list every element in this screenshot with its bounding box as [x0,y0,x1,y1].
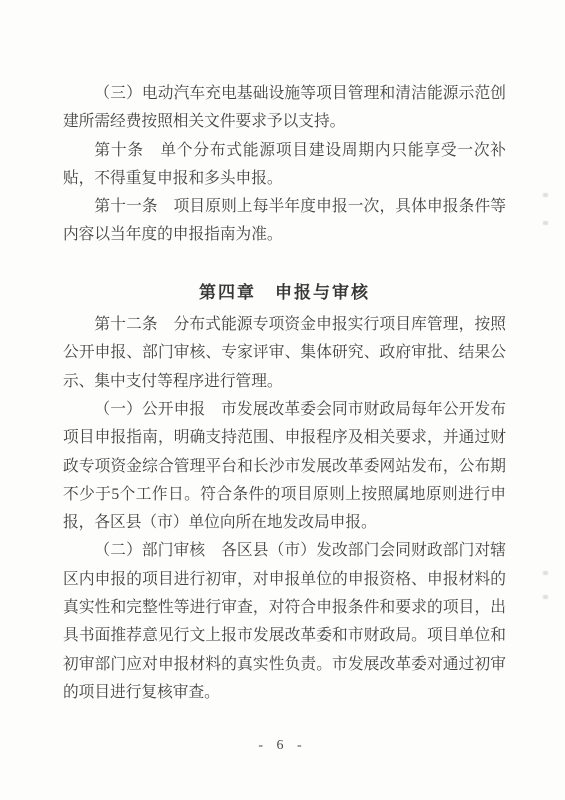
scan-artifact-dot [543,595,548,599]
paragraph-article-10: 第十条 单个分布式能源项目建设周期内只能享受一次补贴，不得重复申报和多头申报。 [63,137,506,194]
scanned-document-page: （三）电动汽车充电基础设施等项目管理和清洁能源示范创建所需经费按照相关文件要求予… [0,0,565,800]
paragraph-clause-3: （三）电动汽车充电基础设施等项目管理和清洁能源示范创建所需经费按照相关文件要求予… [63,80,506,137]
paragraph-article-12: 第十二条 分布式能源专项资金申报实行项目库管理，按照公开申报、部门审核、专家评审… [63,311,506,396]
chapter-heading: 第四章 申报与审核 [63,279,506,307]
page-number: - 6 - [0,736,565,756]
scan-artifact-dot [543,221,548,225]
document-body: （三）电动汽车充电基础设施等项目管理和清洁能源示范创建所需经费按照相关文件要求予… [63,80,506,707]
scan-artifact-dot [543,193,548,197]
paragraph-item-1-public-application: （一）公开申报 市发展改革委会同市财政局每年公开发布项目申报指南，明确支持范围、… [63,396,506,537]
paragraph-item-2-department-review: （二）部门审核 各区县（市）发改部门会同财政部门对辖区内申报的项目进行初审，对申… [63,537,506,707]
paragraph-article-11: 第十一条 项目原则上每半年度申报一次，具体申报条件等内容以当年度的申报指南为准。 [63,193,506,250]
scan-artifact-dot [543,571,548,575]
